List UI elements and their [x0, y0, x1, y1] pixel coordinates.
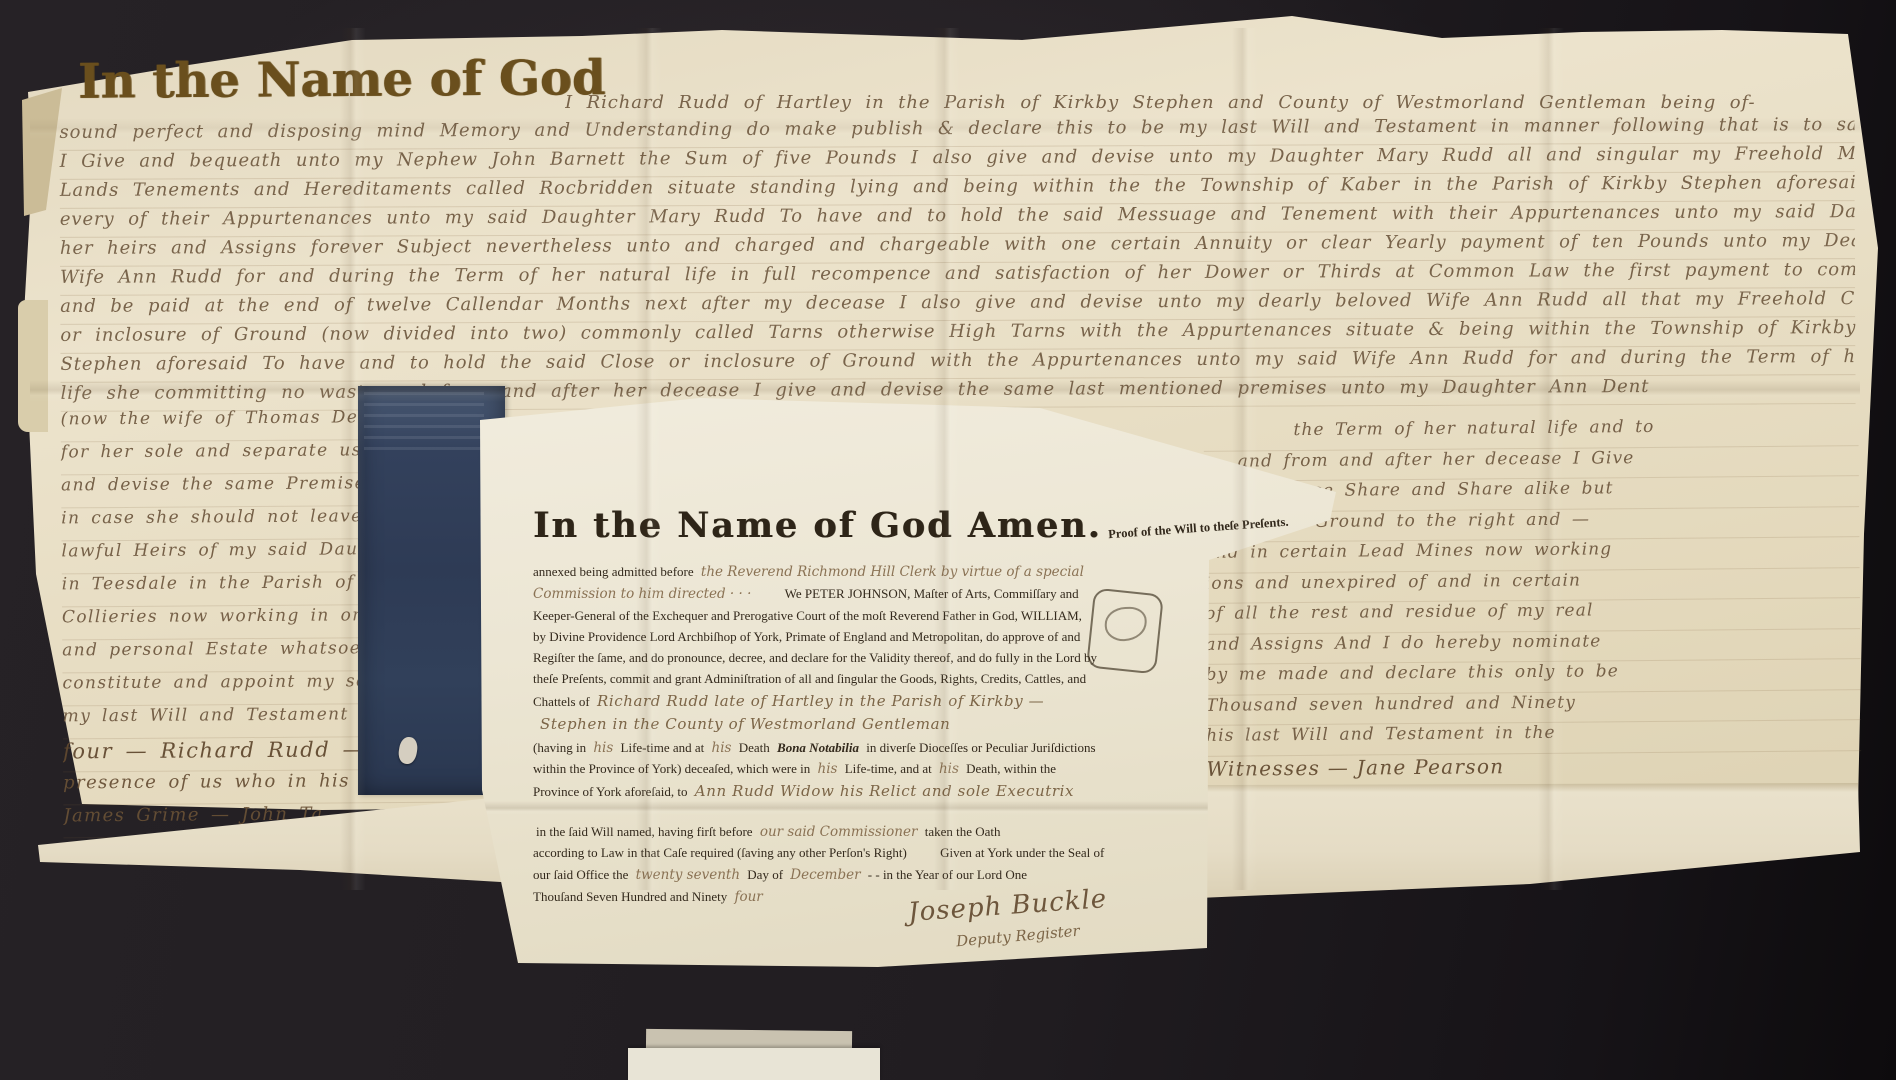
- printed-text: our ſaid Office the: [533, 867, 628, 882]
- probate-line: within the Province of York) deceaſed, w…: [533, 762, 1213, 776]
- handwritten-text: twenty seventh: [636, 867, 740, 883]
- will-heading: In the Name of God: [78, 50, 606, 110]
- handwritten-text: his: [818, 761, 838, 777]
- printed-text: Life-time, and at: [845, 761, 932, 776]
- folded-paper-tab: [628, 1048, 880, 1080]
- handwritten-text: the Reverend Richmond Hill Clerk by virt…: [701, 564, 1084, 580]
- printed-text: Chattels of: [533, 694, 590, 709]
- handwritten-text: Richard Rudd late of Hartley in the Pari…: [597, 692, 1044, 710]
- duty-stamp-mark: [1104, 606, 1147, 641]
- printed-text: in the ſaid Will named, having firſt bef…: [536, 824, 753, 839]
- probate-line: Province of York aforeſaid, to Ann Rudd …: [533, 784, 1213, 800]
- printed-text: within the Province of York) deceaſed, w…: [533, 761, 810, 776]
- will-opening-line: I Richard Rudd of Hartley in the Parish …: [565, 92, 1860, 113]
- printed-text: in diverſe Dioceſſes or Peculiar Juriſdi…: [866, 740, 1095, 755]
- printed-text: by Divine Providence Lord Archbiſhop of …: [533, 629, 1080, 644]
- will-body: sound perfect and disposing mind Memory …: [59, 114, 1855, 412]
- witness-signature: Witnesses — Jane Pearson: [1206, 751, 1861, 789]
- printed-text: Given at York under the Seal of: [940, 845, 1104, 860]
- printed-text: Death, within the: [966, 761, 1056, 776]
- wrapper-print-ghost: [364, 392, 484, 458]
- photo-background: In the Name of God I Richard Rudd of Har…: [0, 0, 1896, 1080]
- handwritten-text: four: [734, 889, 762, 905]
- printed-text: Province of York aforeſaid, to: [533, 784, 688, 799]
- probate-line: in the ſaid Will named, having firſt bef…: [536, 825, 1216, 839]
- wax-seal: [397, 736, 419, 765]
- probate-line: annexed being admitted before the Revere…: [533, 565, 1213, 579]
- printed-text-bold-italic: Bona Notabilia: [777, 740, 859, 755]
- printed-text: Day of: [747, 867, 783, 882]
- probate-line: theſe Preſents, commit and grant Adminiſ…: [533, 672, 1213, 686]
- probate-line: Stephen in the County of Westmorland Gen…: [540, 717, 1220, 733]
- probate-line: our ſaid Office the twenty seventh Day o…: [533, 868, 1213, 882]
- printed-text: Regiſter the ſame, and do pronounce, dec…: [533, 650, 1097, 665]
- handwritten-text: Commission to him directed · · ·: [533, 586, 751, 602]
- probate-fold-crease: [478, 801, 1218, 815]
- printed-text: Death: [739, 740, 770, 755]
- printed-text: Thouſand Seven Hundred and Ninety: [533, 889, 727, 904]
- probate-line: (having in his Life-time and at his Deat…: [533, 741, 1213, 755]
- handwritten-text: his: [939, 761, 959, 777]
- printed-text: We PETER JOHNSON, Maſter of Arts, Commiſ…: [785, 586, 1079, 601]
- handwritten-text: December: [790, 867, 860, 883]
- printed-text: theſe Preſents, commit and grant Adminiſ…: [533, 671, 1086, 686]
- printed-text: taken the Oath: [925, 824, 1001, 839]
- handwritten-text: his: [712, 740, 732, 756]
- printed-text: (having in: [533, 740, 586, 755]
- handwritten-text: Ann Rudd Widow his Relict and sole Execu…: [695, 782, 1074, 800]
- parchment-edge-fold: [18, 300, 48, 432]
- probate-heading: In the Name of God Amen.: [533, 505, 1102, 546]
- printed-text: according to Law in that Caſe required (…: [533, 845, 907, 860]
- handwritten-text: our said Commissioner: [760, 824, 918, 840]
- duty-stamp: [1086, 588, 1164, 675]
- registrar-title: Deputy Register: [955, 922, 1080, 951]
- printed-text: Keeper-General of the Exchequer and Prer…: [533, 608, 1082, 623]
- probate-line: Thouſand Seven Hundred and Ninety four: [533, 890, 1213, 904]
- printed-text: Life-time and at: [621, 740, 705, 755]
- printed-text: annexed being admitted before: [533, 564, 694, 579]
- handwritten-text: Stephen in the County of Westmorland Gen…: [540, 715, 950, 733]
- will-right-column: the Term of her natural life and to and …: [1203, 415, 1861, 788]
- handwritten-text: his: [593, 740, 613, 756]
- probate-line: Chattels of Richard Rudd late of Hartley…: [533, 694, 1213, 710]
- printed-text: - - in the Year of our Lord One: [868, 867, 1027, 882]
- probate-line: according to Law in that Caſe required (…: [533, 846, 1213, 860]
